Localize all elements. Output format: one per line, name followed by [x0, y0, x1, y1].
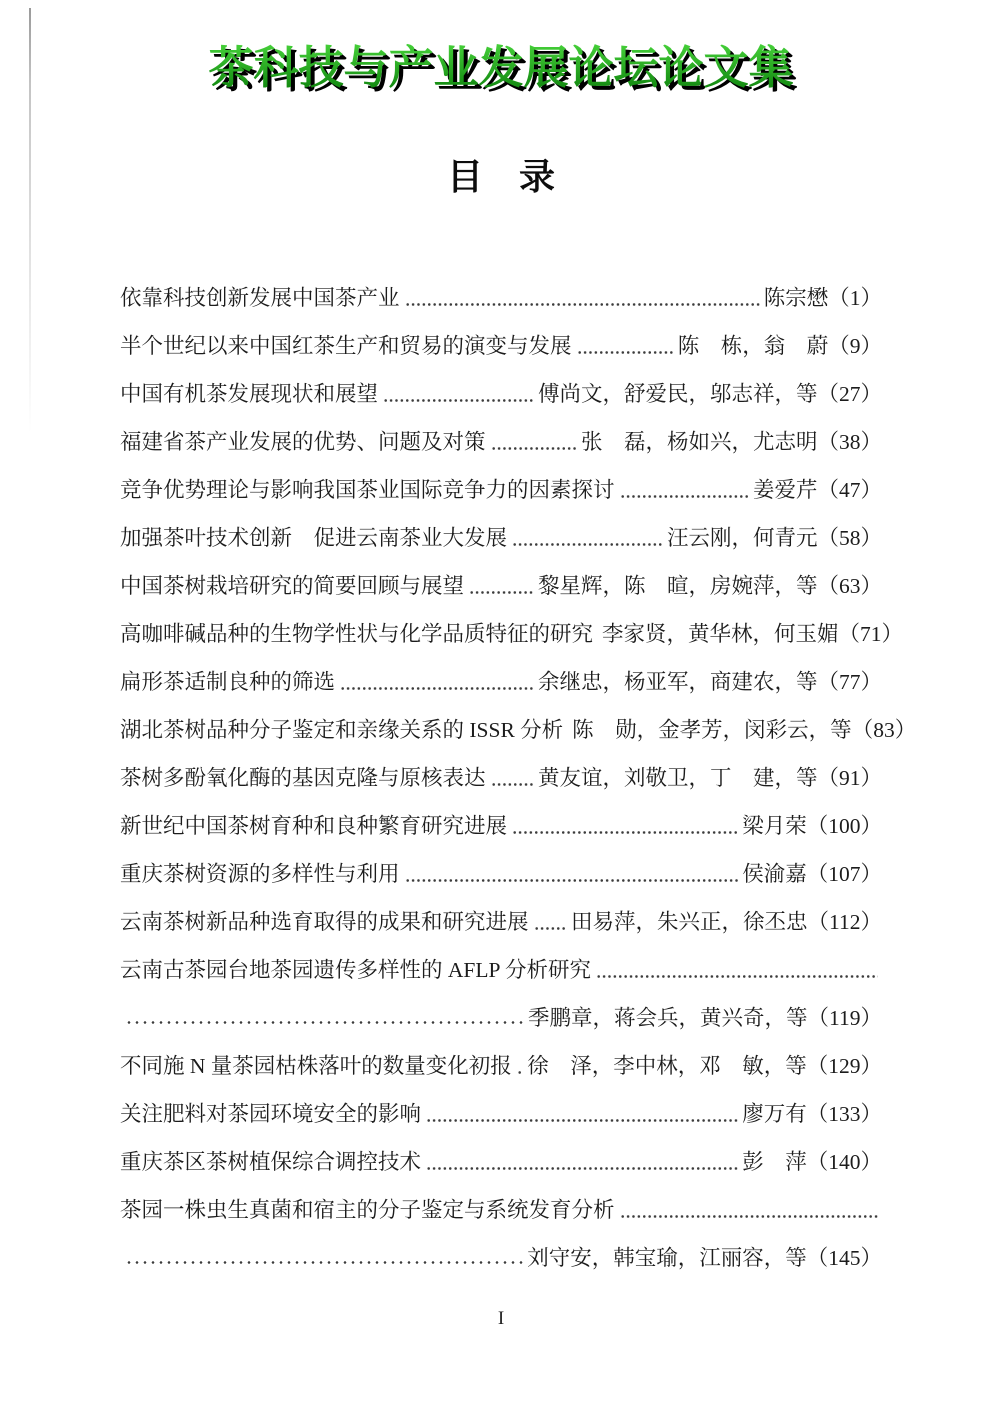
- entry-authors: 汪云刚，何青元: [667, 526, 818, 550]
- dot-leader: [491, 447, 577, 450]
- entry-page: （47）: [817, 478, 882, 502]
- entry-title: 新世纪中国茶树育种和良种繁育研究进展: [120, 812, 507, 841]
- toc-entry: 季鹏章，蒋会兵，黄兴奇，等（119）: [120, 985, 882, 1033]
- toc-entry: 中国茶树栽培研究的简要回顾与展望黎星辉，陈 暄，房婉萍，等（63）: [120, 553, 882, 601]
- entry-authors: 姜爱芹: [753, 478, 818, 502]
- entry-authors: 陈宗懋: [764, 286, 829, 310]
- entry-authors: 廖万有: [742, 1102, 807, 1126]
- dot-leader-continuation: [125, 1261, 523, 1264]
- entry-page: （71）: [839, 622, 904, 646]
- entry-page: （91）: [817, 766, 882, 790]
- entry-ref: 季鹏章，蒋会兵，黄兴奇，等（119）: [528, 1004, 882, 1033]
- dot-leader: [491, 783, 534, 786]
- entry-ref: 廖万有（133）: [742, 1100, 882, 1129]
- entry-title: 依靠科技创新发展中国茶产业: [120, 284, 400, 313]
- entry-ref: 傅尚文，舒爱民，邬志祥，等（27）: [538, 380, 882, 409]
- toc-entry: 重庆茶树资源的多样性与利用侯渝嘉（107）: [120, 841, 882, 889]
- toc-entry: 加强茶叶技术创新 促进云南茶业大发展汪云刚，何青元（58）: [120, 505, 882, 553]
- entry-title: 加强茶叶技术创新 促进云南茶业大发展: [120, 524, 507, 553]
- toc-entry: 关注肥料对茶园环境安全的影响廖万有（133）: [120, 1081, 882, 1129]
- entry-title: 茶园一株虫生真菌和宿主的分子鉴定与系统发育分析: [120, 1196, 615, 1225]
- entry-ref: 刘守安，韩宝瑜，江丽容，等（145）: [527, 1244, 882, 1273]
- entry-page: （1）: [828, 286, 882, 310]
- entry-authors: 陈 栋，翁 蔚: [678, 334, 829, 358]
- dot-leader: [534, 927, 568, 930]
- dot-leader: [426, 1167, 738, 1170]
- entry-page: （77）: [817, 670, 882, 694]
- entry-ref: 李家贤，黄华林，何玉媚（71）: [602, 620, 903, 649]
- dot-leader: [405, 303, 760, 306]
- page-number: I: [0, 1308, 1002, 1330]
- entry-ref: 侯渝嘉（107）: [742, 860, 882, 889]
- entry-page: （107）: [807, 862, 882, 886]
- entry-title: 重庆茶树资源的多样性与利用: [120, 860, 400, 889]
- entry-authors: 李家贤，黄华林，何玉媚: [602, 622, 839, 646]
- entry-title: 半个世纪以来中国红茶生产和贸易的演变与发展: [120, 332, 572, 361]
- entry-authors: 刘守安，韩宝瑜，江丽容，等: [527, 1246, 807, 1270]
- toc-entry: 新世纪中国茶树育种和良种繁育研究进展梁月荣（100）: [120, 793, 882, 841]
- toc-entry: 刘守安，韩宝瑜，江丽容，等（145）: [120, 1225, 882, 1273]
- entry-title: 扁形茶适制良种的筛选: [120, 668, 335, 697]
- entry-authors: 陈 勋，金孝芳，闵彩云，等: [572, 718, 852, 742]
- entry-title: 湖北茶树品种分子鉴定和亲缘关系的 ISSR 分析: [120, 716, 563, 745]
- toc-entry: 福建省茶产业发展的优势、问题及对策张 磊，杨如兴，尤志明（38）: [120, 409, 882, 457]
- entry-page: （100）: [807, 814, 882, 838]
- toc-entry: 湖北茶树品种分子鉴定和亲缘关系的 ISSR 分析陈 勋，金孝芳，闵彩云，等（83…: [120, 697, 882, 745]
- book-title: 茶科技与产业发展论坛论文集: [0, 0, 1002, 96]
- entry-page: （133）: [807, 1102, 882, 1126]
- entry-authors: 黄友谊，刘敬卫，丁 建，等: [538, 766, 818, 790]
- toc-entry: 重庆茶区茶树植保综合调控技术彭 萍（140）: [120, 1129, 882, 1177]
- dot-leader: [512, 831, 738, 834]
- entry-page: （119）: [808, 1006, 882, 1030]
- dot-leader: [620, 1215, 878, 1218]
- entry-page: （140）: [807, 1150, 882, 1174]
- entry-title: 中国有机茶发展现状和展望: [120, 380, 378, 409]
- entry-page: （145）: [807, 1246, 882, 1270]
- dot-leader: [512, 543, 663, 546]
- toc-entry: 高咖啡碱品种的生物学性状与化学品质特征的研究李家贤，黄华林，何玉媚（71）: [120, 601, 882, 649]
- entry-authors: 黎星辉，陈 暄，房婉萍，等: [538, 574, 818, 598]
- entry-authors: 张 磊，杨如兴，尤志明: [581, 430, 818, 454]
- toc-entry: 扁形茶适制良种的筛选余继忠，杨亚军，商建农，等（77）: [120, 649, 882, 697]
- entry-title: 云南古茶园台地茶园遗传多样性的 AFLP 分析研究: [120, 956, 591, 985]
- entry-title: 茶树多酚氧化酶的基因克隆与原核表达: [120, 764, 486, 793]
- entry-ref: 姜爱芹（47）: [753, 476, 882, 505]
- toc-entry: 竞争优势理论与影响我国茶业国际竞争力的因素探讨姜爱芹（47）: [120, 457, 882, 505]
- entry-title: 中国茶树栽培研究的简要回顾与展望: [120, 572, 464, 601]
- entry-title: 云南茶树新品种选育取得的成果和研究进展: [120, 908, 529, 937]
- entry-ref: 梁月荣（100）: [742, 812, 882, 841]
- entry-ref: 陈 栋，翁 蔚（9）: [678, 332, 882, 361]
- entry-page: （58）: [817, 526, 882, 550]
- entry-page: （38）: [817, 430, 882, 454]
- entry-ref: 徐 泽，李中林，邓 敏，等（129）: [527, 1052, 882, 1081]
- toc-list: 依靠科技创新发展中国茶产业陈宗懋（1）半个世纪以来中国红茶生产和贸易的演变与发展…: [120, 265, 882, 1273]
- entry-ref: 黄友谊，刘敬卫，丁 建，等（91）: [538, 764, 882, 793]
- entry-page: （83）: [852, 718, 917, 742]
- entry-title: 福建省茶产业发展的优势、问题及对策: [120, 428, 486, 457]
- entry-title: 重庆茶区茶树植保综合调控技术: [120, 1148, 421, 1177]
- toc-entry: 半个世纪以来中国红茶生产和贸易的演变与发展陈 栋，翁 蔚（9）: [120, 313, 882, 361]
- entry-ref: 汪云刚，何青元（58）: [667, 524, 882, 553]
- dot-leader-continuation: [125, 1021, 524, 1024]
- dot-leader: [469, 591, 534, 594]
- dot-leader: [620, 495, 749, 498]
- toc-heading: 目 录: [0, 156, 1002, 198]
- dot-leader: [517, 1071, 523, 1074]
- entry-ref: 彭 萍（140）: [742, 1148, 882, 1177]
- entry-authors: 余继忠，杨亚军，商建农，等: [538, 670, 818, 694]
- entry-page: （27）: [817, 382, 882, 406]
- dot-leader: [577, 351, 674, 354]
- entry-title: 不同施 N 量茶园枯株落叶的数量变化初报: [120, 1052, 512, 1081]
- entry-page: （112）: [808, 910, 882, 934]
- entry-authors: 傅尚文，舒爱民，邬志祥，等: [538, 382, 818, 406]
- toc-entry: 依靠科技创新发展中国茶产业陈宗懋（1）: [120, 265, 882, 313]
- dot-leader: [596, 975, 878, 978]
- toc-entry: 中国有机茶发展现状和展望傅尚文，舒爱民，邬志祥，等（27）: [120, 361, 882, 409]
- document-page: 茶科技与产业发展论坛论文集 目 录 依靠科技创新发展中国茶产业陈宗懋（1）半个世…: [0, 0, 1002, 1417]
- entry-ref: 黎星辉，陈 暄，房婉萍，等（63）: [538, 572, 882, 601]
- entry-authors: 季鹏章，蒋会兵，黄兴奇，等: [528, 1006, 808, 1030]
- entry-authors: 徐 泽，李中林，邓 敏，等: [527, 1054, 807, 1078]
- entry-page: （9）: [828, 334, 882, 358]
- entry-authors: 田易萍，朱兴正，徐丕忠: [571, 910, 808, 934]
- entry-authors: 彭 萍: [742, 1150, 807, 1174]
- entry-ref: 陈宗懋（1）: [764, 284, 882, 313]
- toc-entry: 茶树多酚氧化酶的基因克隆与原核表达黄友谊，刘敬卫，丁 建，等（91）: [120, 745, 882, 793]
- entry-ref: 张 磊，杨如兴，尤志明（38）: [581, 428, 882, 457]
- entry-ref: 余继忠，杨亚军，商建农，等（77）: [538, 668, 882, 697]
- toc-entry: 云南茶树新品种选育取得的成果和研究进展田易萍，朱兴正，徐丕忠（112）: [120, 889, 882, 937]
- entry-page: （63）: [817, 574, 882, 598]
- entry-title: 竞争优势理论与影响我国茶业国际竞争力的因素探讨: [120, 476, 615, 505]
- entry-page: （129）: [807, 1054, 882, 1078]
- toc-entry: 云南古茶园台地茶园遗传多样性的 AFLP 分析研究: [120, 937, 882, 985]
- dot-leader: [383, 399, 534, 402]
- entry-authors: 梁月荣: [742, 814, 807, 838]
- dot-leader: [340, 687, 534, 690]
- entry-title: 高咖啡碱品种的生物学性状与化学品质特征的研究: [120, 620, 593, 649]
- entry-ref: 田易萍，朱兴正，徐丕忠（112）: [571, 908, 882, 937]
- dot-leader: [426, 1119, 738, 1122]
- entry-ref: 陈 勋，金孝芳，闵彩云，等（83）: [572, 716, 916, 745]
- entry-title: 关注肥料对茶园环境安全的影响: [120, 1100, 421, 1129]
- toc-entry: 不同施 N 量茶园枯株落叶的数量变化初报徐 泽，李中林，邓 敏，等（129）: [120, 1033, 882, 1081]
- dot-leader: [405, 879, 739, 882]
- toc-entry: 茶园一株虫生真菌和宿主的分子鉴定与系统发育分析: [120, 1177, 882, 1225]
- entry-authors: 侯渝嘉: [742, 862, 807, 886]
